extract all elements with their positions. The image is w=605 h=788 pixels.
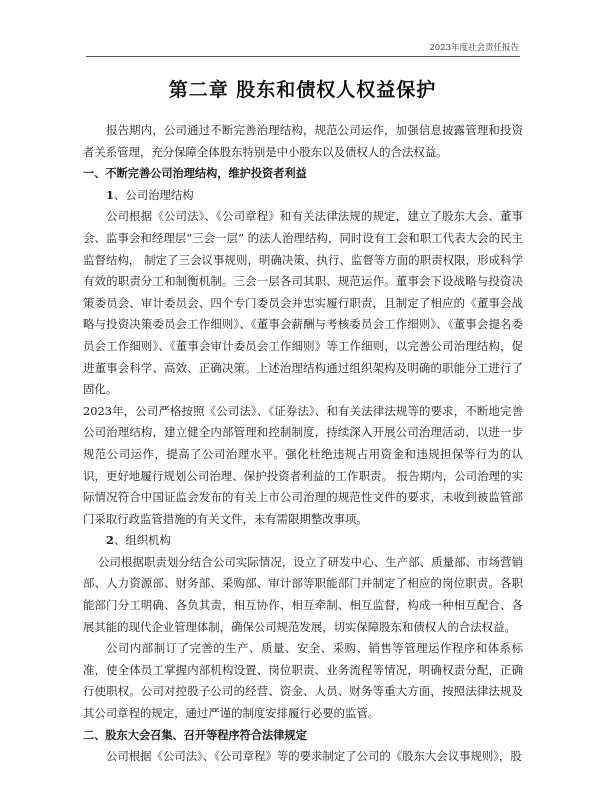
subsection-number: 2 [106, 533, 114, 547]
subsection-heading-1: 1、公司治理结构 [83, 185, 523, 207]
intro-paragraph: 报告期内，公司通过不断完善治理结构，规范公司运作，加强信息披露管理和投资者关系管… [83, 120, 523, 163]
section-heading-1: 一、不断完善公司治理结构，维护投资者利益 [83, 163, 523, 185]
shareholder-meeting-paragraph: 公司根据《公司法》、《公司章程》等的要求制定了公司的《股东大会议事规则》，股 [83, 746, 523, 768]
subsection-title: 、组织机构 [114, 533, 171, 547]
page-number: 6 [0, 732, 605, 742]
subsection-number: 1 [106, 188, 114, 202]
chapter-title: 第二章 股东和债权人权益保护 [0, 75, 605, 102]
running-header: 2023年度社会责任报告 [429, 41, 519, 53]
governance-paragraph-2: 2023年，公司严格按照《公司法》、《证券法》、和有关法律法规等的要求，不断地完… [83, 401, 523, 531]
document-body: 报告期内，公司通过不断完善治理结构，规范公司运作，加强信息披露管理和投资者关系管… [83, 120, 523, 768]
subsection-heading-2: 2、组织机构 [83, 530, 523, 552]
governance-paragraph-1: 公司根据《公司法》、《公司章程》和有关法律法规的规定，建立了股东大会、董事会、监… [83, 206, 523, 400]
header-divider [86, 56, 520, 57]
organization-paragraph-2: 公司内部制订了完善的生产、质量、安全、采购、销售等管理运作程序和体系标准，使全体… [83, 638, 523, 724]
organization-paragraph-1: 公司根据职责划分结合公司实际情况，设立了研发中心、生产部、质量部、市场营销部、人… [83, 552, 523, 638]
subsection-title: 、公司治理结构 [114, 188, 194, 202]
